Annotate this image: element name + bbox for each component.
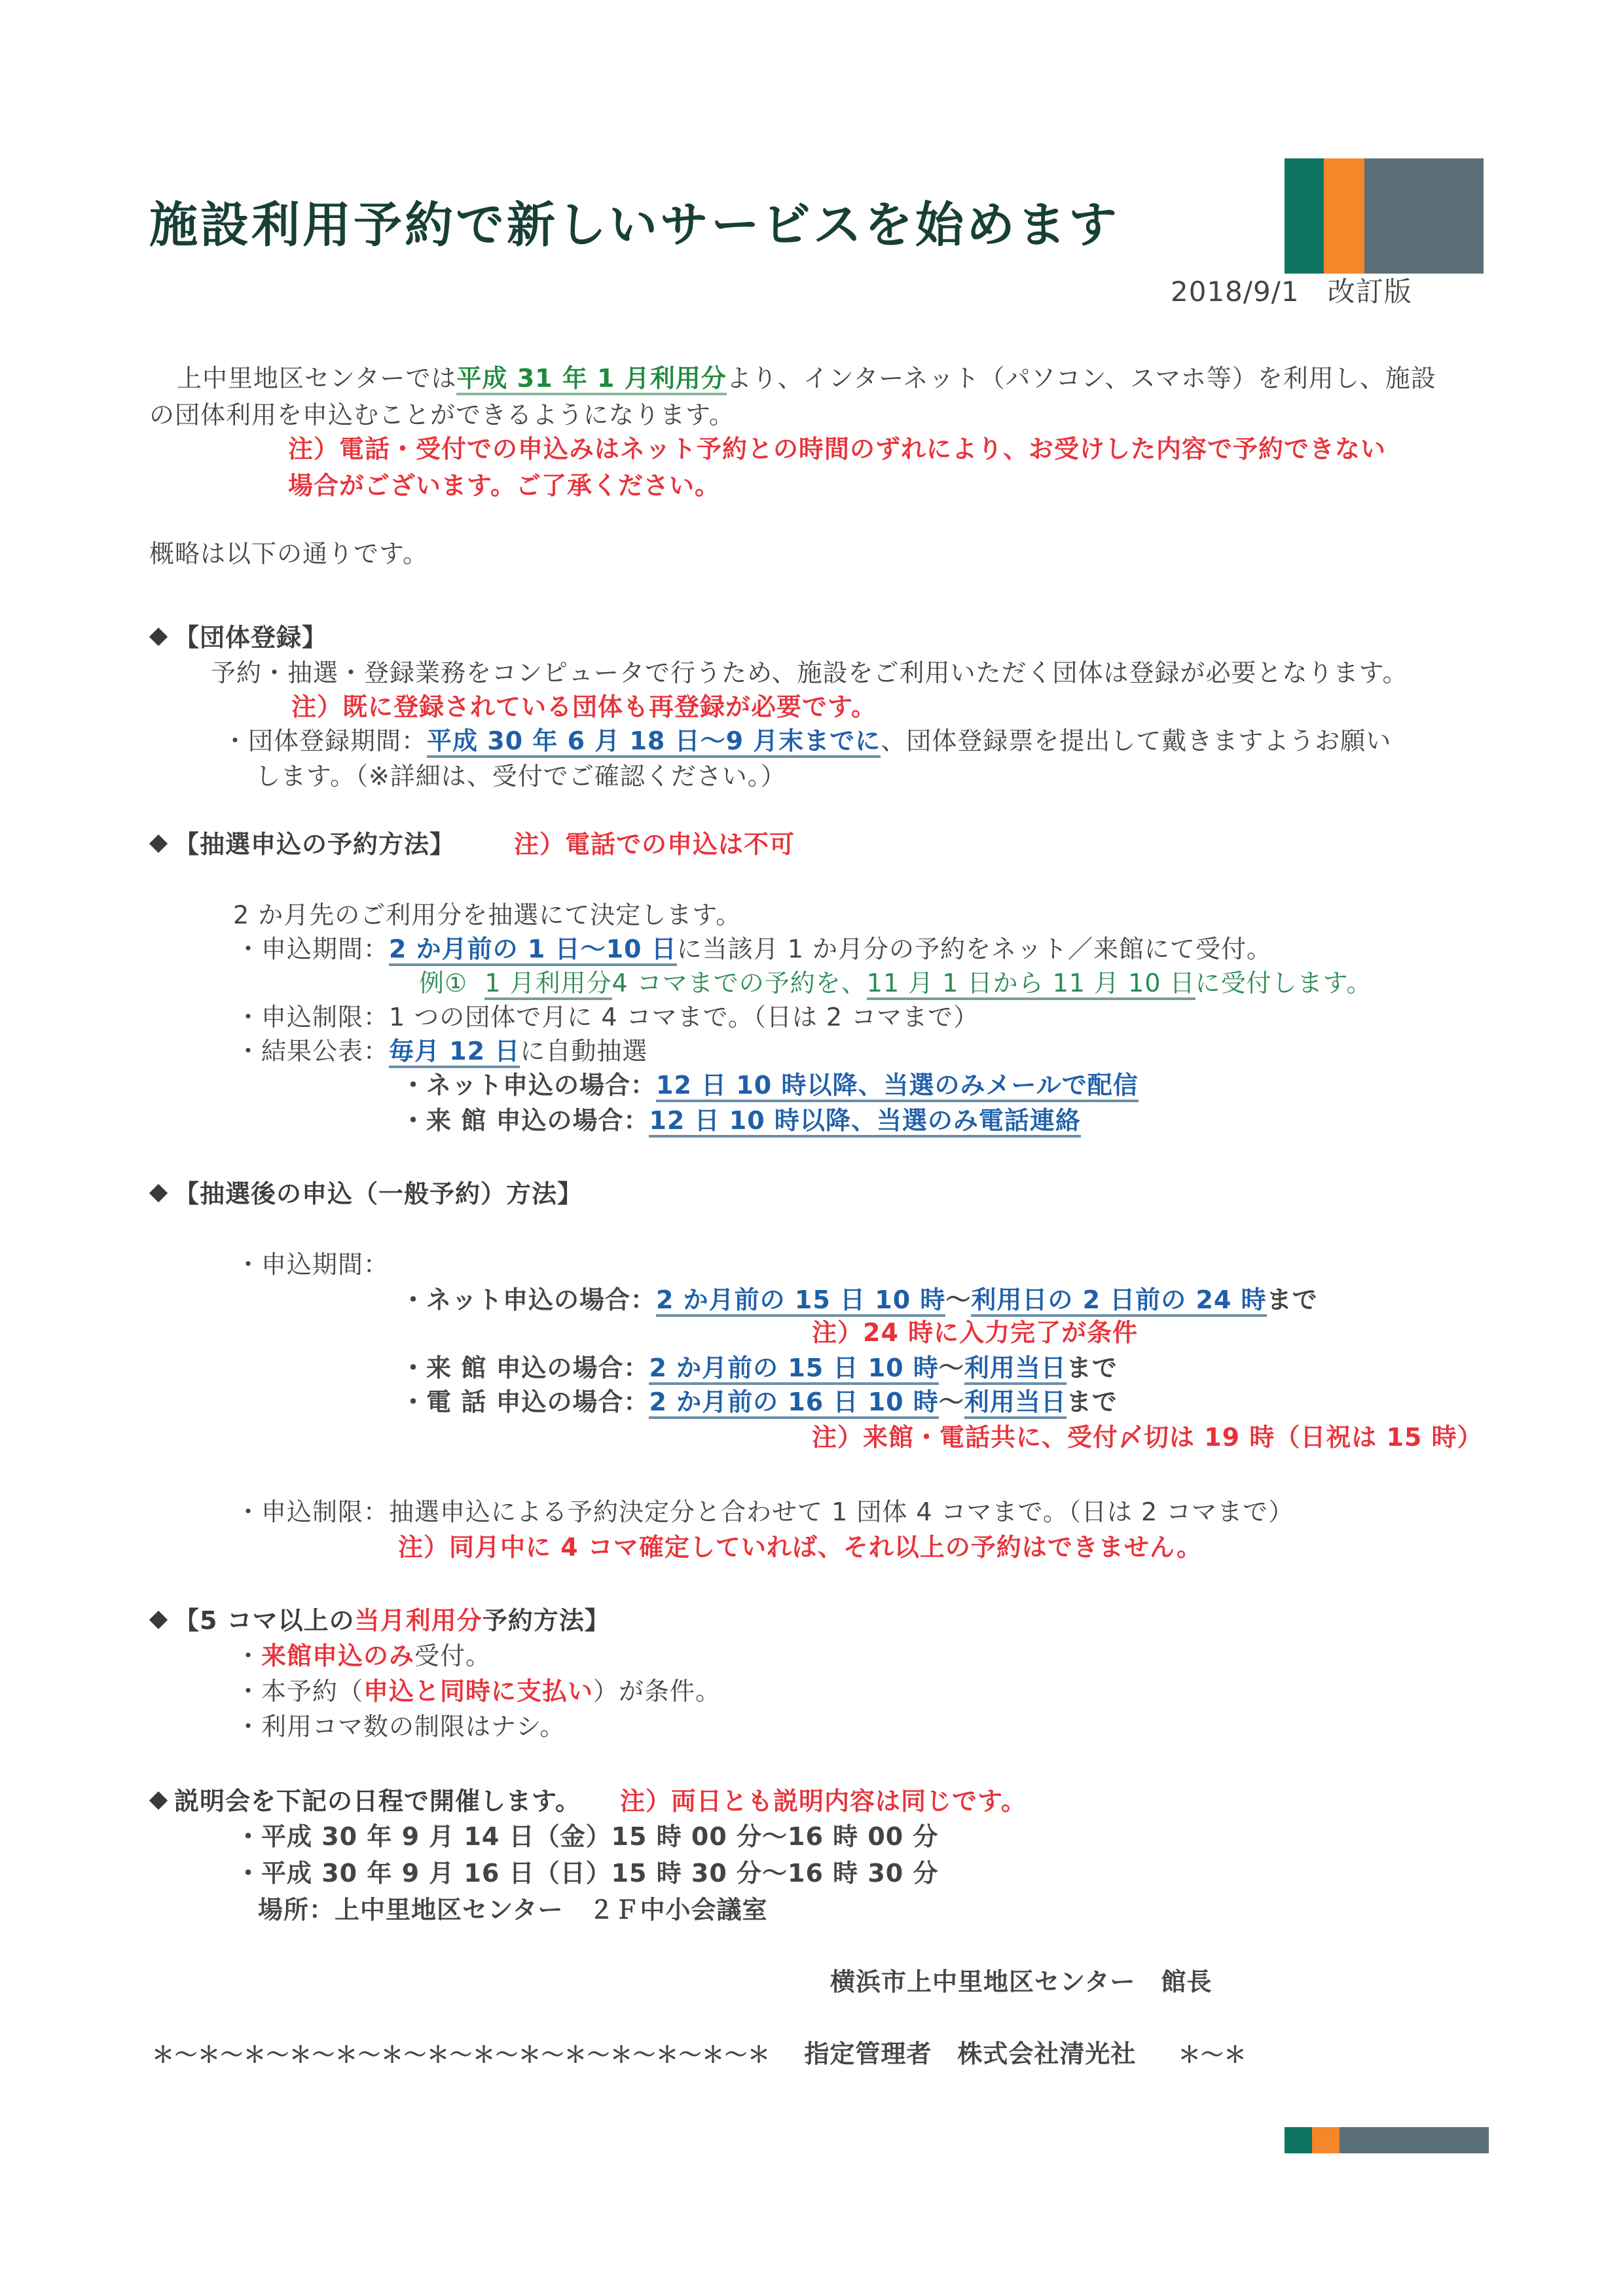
revision-date: 2018/9/1 改訂版	[1171, 275, 1412, 309]
lottery-net-result: ・ネット申込の場合：12 日 10 時以降、当選のみメールで配信	[401, 1068, 1139, 1102]
general-visit: ・来 館 申込の場合：2 か月前の 15 日 10 時～利用当日まで	[401, 1351, 1118, 1385]
tilde: ～	[939, 1388, 964, 1416]
general-deadline-note: 注）来館・電話共に、受付〆切は 19 時（日祝は 15 時）	[812, 1420, 1483, 1454]
intro-note-2: 場合がございます。ご了承ください。	[288, 469, 720, 503]
footer-line: ＊～＊～＊～＊～＊～＊～＊～＊～＊～＊～＊～＊～＊～＊ 指定管理者 株式会社清光…	[152, 2037, 1247, 2072]
heading-highlight: 当月利用分	[355, 1606, 483, 1635]
diamond-bullet-icon	[149, 1611, 168, 1629]
text: に当該月 1 か月分の予約をネット／来館にて受付。	[677, 935, 1272, 963]
deco-teal-block	[1285, 158, 1324, 274]
label: ・ネット申込の場合：	[401, 1285, 656, 1314]
highlight: 申込と同時に支払い	[363, 1677, 593, 1706]
lottery-limit: ・申込制限：1 つの団体で月に 4 コマまで。（日は 2 コマまで）	[236, 1000, 979, 1034]
general-phone: ・電 話 申込の場合：2 か月前の 16 日 10 時～利用当日まで	[401, 1385, 1118, 1419]
general-limit-note: 注）同月中に 4 コマ確定していれば、それ以上の予約はできません。	[398, 1530, 1202, 1564]
heading-text: 予約方法】	[483, 1606, 610, 1635]
general-period-label: ・申込期間：	[236, 1247, 389, 1282]
summary-text: 概略は以下の通りです。	[149, 537, 428, 571]
general-heading: 【抽選後の申込（一般予約）方法】	[152, 1177, 583, 1211]
briefing-session-2: ・平成 30 年 9 月 16 日（日）15 時 30 分～16 時 30 分	[236, 1856, 938, 1890]
start-date-highlight: 平成 31 年 1 月利用分	[456, 364, 726, 395]
lottery-period-value: 2 か月前の 1 日～10 日	[389, 935, 677, 966]
lottery-result: ・結果公表：毎月 12 日に自動抽選	[236, 1034, 647, 1068]
label: ・結果公表：	[236, 1037, 389, 1066]
net-start: 2 か月前の 15 日 10 時	[656, 1285, 945, 1317]
briefing-session-1: ・平成 30 年 9 月 14 日（金）15 時 00 分～16 時 00 分	[236, 1820, 938, 1854]
text: まで	[1267, 1285, 1318, 1314]
briefing-venue: 場所：上中里地区センター ２Ｆ中小会議室	[258, 1893, 767, 1927]
visit-result-value: 12 日 10 時以降、当選のみ電話連絡	[649, 1106, 1080, 1138]
intro-text: 上中里地区センターでは	[177, 364, 456, 393]
label: ・申込期間：	[236, 935, 389, 963]
footer-color-bar	[1285, 2127, 1489, 2153]
registration-body: 予約・抽選・登録業務をコンピュータで行うため、施設をご利用いただく団体は登録が必…	[211, 656, 1408, 690]
lottery-result-value: 毎月 12 日	[389, 1037, 520, 1068]
briefing-heading: 説明会を下記の日程で開催します。注）両日とも説明内容は同じです。	[152, 1784, 1027, 1818]
label: ・来 館 申込の場合：	[401, 1106, 649, 1135]
net-end: 利用日の 2 日前の 24 時	[971, 1285, 1266, 1317]
registration-note: 注）既に登録されている団体も再登録が必要です。	[291, 690, 877, 724]
page-title: 施設利用予約で新しいサービスを始めます	[149, 187, 1120, 256]
tilde: ～	[945, 1285, 971, 1314]
manager-name: 指定管理者 株式会社清光社	[804, 2039, 1136, 2068]
diamond-bullet-icon	[149, 1791, 168, 1810]
deco-teal-block	[1285, 2127, 1312, 2153]
text: に受付します。	[1195, 969, 1372, 997]
registration-heading: 【団体登録】	[152, 620, 327, 655]
label: ・来 館 申込の場合：	[401, 1354, 649, 1382]
registration-period: ・団体登録期間：平成 30 年 6 月 18 日～9 月末までに、団体登録票を提…	[223, 724, 1391, 758]
example-dates: 11 月 1 日から 11 月 10 日	[867, 969, 1195, 1000]
general-net-note: 注）24 時に入力完了が条件	[812, 1316, 1138, 1350]
heading-text: 【抽選後の申込（一般予約）方法】	[174, 1179, 583, 1208]
example-month: 1 月利用分	[484, 969, 611, 1000]
phone-start: 2 か月前の 16 日 10 時	[649, 1388, 938, 1419]
signature: 横浜市上中里地区センター 館長	[830, 1965, 1212, 1999]
text: まで	[1067, 1354, 1118, 1382]
diamond-bullet-icon	[149, 628, 168, 646]
header-color-bar	[1285, 158, 1484, 274]
net-result-value: 12 日 10 時以降、当選のみメールで配信	[656, 1071, 1139, 1102]
general-limit: ・申込制限：抽選申込による予約決定分と合わせて 1 団体 4 コマまで。（日は …	[236, 1495, 1294, 1529]
deco-orange-block	[1312, 2127, 1340, 2153]
diamond-bullet-icon	[149, 1184, 168, 1202]
bulk-item-1: ・来館申込のみ受付。	[236, 1639, 491, 1673]
edition-text: 改訂版	[1328, 276, 1412, 308]
text: に自動抽選	[520, 1037, 647, 1066]
deco-gray-block	[1364, 158, 1484, 274]
label: ・電 話 申込の場合：	[401, 1388, 649, 1416]
heading-text: 【団体登録】	[174, 623, 327, 652]
text: 受付。	[414, 1641, 491, 1670]
visit-start: 2 か月前の 15 日 10 時	[649, 1354, 938, 1385]
visit-end: 利用当日	[964, 1354, 1067, 1385]
intro-note-1: 注）電話・受付での申込みはネット予約との時間のずれにより、お受けした内容で予約で…	[288, 432, 1386, 466]
lottery-example: 例① 1 月利用分4 コマまでの予約を、11 月 1 日から 11 月 10 日…	[419, 966, 1372, 1000]
diamond-bullet-icon	[149, 834, 168, 853]
lottery-intro: 2 か月先のご利用分を抽選にて決定します。	[233, 898, 741, 932]
text: まで	[1067, 1388, 1118, 1416]
highlight: 来館申込のみ	[261, 1641, 414, 1670]
general-net: ・ネット申込の場合：2 か月前の 15 日 10 時～利用日の 2 日前の 24…	[401, 1283, 1318, 1317]
text: ）が条件。	[593, 1677, 721, 1706]
intro-line-2: の団体利用を申込むことができるようになります。	[149, 398, 735, 432]
bulk-heading: 【5 コマ以上の当月利用分予約方法】	[152, 1604, 610, 1638]
text: 、団体登録票を提出して戴きますようお願い	[881, 726, 1391, 755]
intro-line-1: 上中里地区センターでは平成 31 年 1 月利用分より、インターネット（パソコン…	[177, 361, 1436, 395]
intro-text: より、インターネット（パソコン、スマホ等）を利用し、施設	[727, 364, 1436, 393]
deco-gray-block	[1340, 2127, 1489, 2153]
heading-text: 【5 コマ以上の	[174, 1606, 355, 1635]
example-label: 例①	[419, 969, 467, 997]
lottery-period: ・申込期間：2 か月前の 1 日～10 日に当該月 1 か月分の予約をネット／来…	[236, 932, 1272, 966]
bulk-item-2: ・本予約（申込と同時に支払い）が条件。	[236, 1674, 721, 1708]
registration-period-value: 平成 30 年 6 月 18 日～9 月末までに	[427, 726, 881, 758]
decorative-border: ＊～＊～＊～＊～＊～＊～＊～＊～＊～＊～＊～＊～＊～＊	[152, 2042, 771, 2068]
deco-orange-block	[1324, 158, 1364, 274]
date-text: 2018/9/1	[1171, 276, 1300, 308]
registration-period-line-2: します。（※詳細は、受付でご確認ください。）	[255, 759, 786, 793]
lottery-heading: 【抽選申込の予約方法】注）電話での申込は不可	[152, 827, 795, 861]
tilde: ～	[939, 1354, 964, 1382]
text: 4 コマまでの予約を、	[612, 969, 867, 997]
heading-text: 説明会を下記の日程で開催します。	[174, 1787, 581, 1816]
lottery-note: 注）電話での申込は不可	[514, 830, 795, 859]
phone-end: 利用当日	[964, 1388, 1067, 1419]
heading-text: 【抽選申込の予約方法】	[174, 830, 455, 859]
briefing-note: 注）両日とも説明内容は同じです。	[620, 1787, 1027, 1816]
text: 利用コマ数の制限はナシ。	[261, 1712, 565, 1741]
bulk-item-3: ・利用コマ数の制限はナシ。	[236, 1710, 565, 1744]
label: ・団体登録期間：	[223, 726, 427, 755]
label: ・ネット申込の場合：	[401, 1071, 656, 1100]
text: 本予約（	[261, 1677, 363, 1706]
lottery-visit-result: ・来 館 申込の場合：12 日 10 時以降、当選のみ電話連絡	[401, 1103, 1081, 1138]
decorative-border: ＊～＊	[1178, 2042, 1247, 2068]
